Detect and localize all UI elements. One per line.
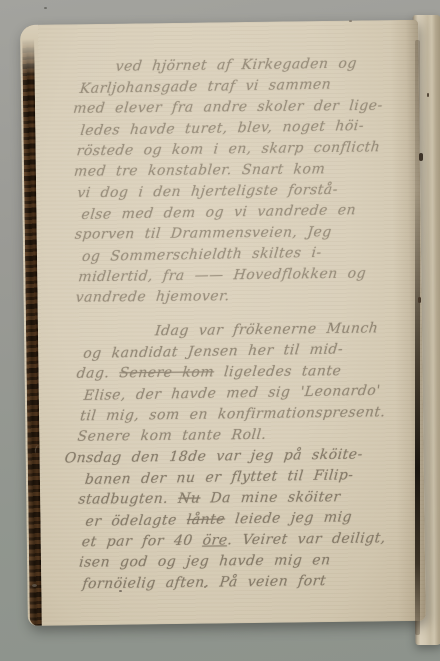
handwriting-text: fornöielig aften. På veien fort [82, 573, 327, 592]
handwriting-text: Idag var frökenerne Munch [154, 320, 379, 339]
handwriting-text: Senere kom [119, 364, 215, 381]
handwriting-text: banen der nu er flyttet til Filip- [84, 467, 354, 488]
handwriting-text: til mig, som en konfirmationspresent. [79, 404, 386, 424]
paper-blemish [204, 586, 206, 588]
diary-photo: ved hjörnet af Kirkegaden ogKarljohansga… [0, 0, 440, 661]
handwriting-block: ved hjörnet af Kirkegaden ogKarljohansga… [75, 53, 420, 595]
handwriting-text: leiede jeg mig [224, 509, 353, 527]
handwriting-text: ligeledes tante [213, 363, 342, 380]
paper-blemish [119, 590, 122, 592]
handwriting-text: isen god og jeg havde mig en [78, 552, 331, 570]
handwriting-text: er ödelagte [85, 512, 188, 530]
paragraph: Idag var frökenerne Munchog kandidat Jen… [79, 318, 419, 448]
handwriting-text: og Sommerschieldth skiltes i- [81, 245, 322, 265]
handwriting-text: med elever fra andre skoler der lige- [72, 98, 383, 117]
handwriting-text: sporven til Drammensveien, Jeg [74, 224, 332, 242]
handwriting-text: Elise, der havde med sig 'Leonardo' [83, 383, 381, 404]
handwriting-text: ved hjörnet af Kirkegaden og [115, 56, 358, 75]
handwriting-text: lånte [186, 511, 226, 528]
handwriting-text: vi dog i den hjerteligste forstå- [76, 182, 338, 201]
handwriting-text: else med dem og vi vandrede en [81, 202, 357, 223]
diary-page: ved hjörnet af Kirkegaden ogKarljohansga… [20, 20, 426, 626]
background-speck [44, 7, 47, 9]
edge-speck [419, 153, 423, 161]
handwriting-text: vandrede hjemover. [75, 288, 231, 305]
handwriting-text: stadbugten. [78, 491, 179, 508]
handwriting-line: vandrede hjemover. [75, 284, 418, 308]
handwriting-text: öre [202, 532, 229, 548]
paper-blemish [32, 584, 37, 587]
handwriting-text: . Veiret var deiligt, [227, 530, 387, 548]
handwriting-text: Senere kom tante Roll. [77, 427, 267, 445]
handwriting-text: midlertid, fra —— Hovedflokken og [77, 265, 366, 285]
handwriting-text: Nu [177, 490, 201, 506]
handwriting-text: Karljohansgade traf vi sammen [79, 77, 332, 97]
paper-speck [349, 20, 352, 22]
spine-leather-edge [22, 25, 42, 626]
handwriting-text: og kandidat Jensen her til mid- [82, 341, 344, 362]
handwriting-text: ledes havde turet, blev, noget höi- [80, 118, 365, 139]
handwriting-text: med tre konstabler. Snart kom [73, 161, 326, 179]
edge-speck [418, 297, 421, 303]
handwriting-line: fornöielig aften. På veien fort [81, 570, 421, 595]
spine-top-fade [20, 25, 39, 77]
paragraph: Onsdag den 18de var jeg på sköite-banen … [81, 444, 421, 595]
page-crease [415, 40, 420, 635]
handwriting-text: et par for 40 [81, 533, 204, 551]
paragraph: ved hjörnet af Kirkegaden ogKarljohansga… [75, 53, 416, 309]
handwriting-text: röstede og kom i en, skarp conflicth [76, 139, 381, 159]
handwriting-text: dag. [76, 365, 120, 381]
edge-speck [427, 93, 429, 97]
handwriting-text: Da mine sköiter [200, 489, 342, 506]
handwriting-text: Onsdag den 18de var jeg på sköite- [64, 447, 364, 467]
